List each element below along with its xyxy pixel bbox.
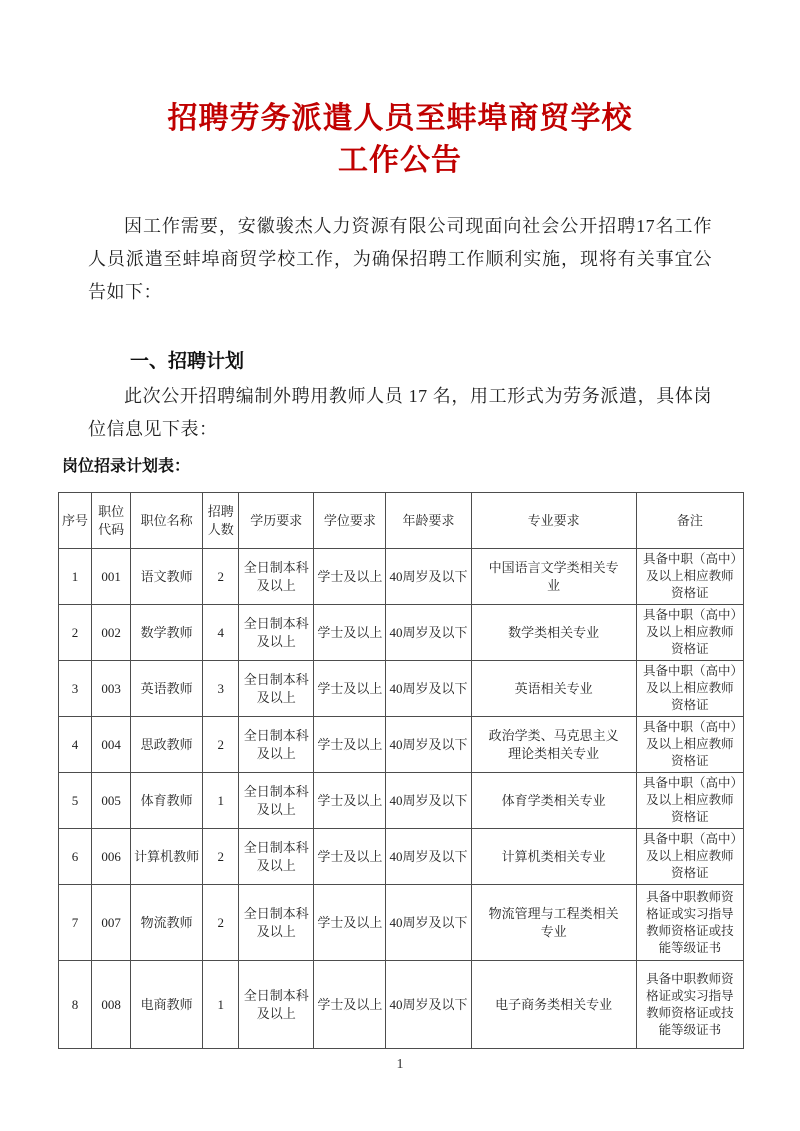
- table-cell: 5: [59, 773, 92, 829]
- table-cell: 全日制本科及以上: [239, 605, 314, 661]
- table-cell: 具备中职（高中）及以上相应教师资格证: [636, 773, 743, 829]
- table-cell: 具备中职教师资格证或实习指导教师资格证或技能等级证书: [636, 961, 743, 1049]
- table-row: 8 008 电商教师 1 全日制本科及以上 学士及以上 40周岁及以下 电子商务…: [59, 961, 744, 1049]
- table-cell: 学士及以上: [314, 773, 386, 829]
- column-header-notes: 备注: [636, 493, 743, 549]
- table-cell: 40周岁及以下: [386, 829, 471, 885]
- table-cell: 学士及以上: [314, 605, 386, 661]
- table-label: 岗位招录计划表：: [62, 456, 743, 478]
- table-cell: 4: [203, 605, 239, 661]
- table-header-row: 序号 职位代码 职位名称 招聘人数 学历要求 学位要求 年龄要求 专业要求 备注: [59, 493, 744, 549]
- section-heading: 一、招聘计划: [88, 345, 712, 378]
- table-row: 6 006 计算机教师 2 全日制本科及以上 学士及以上 40周岁及以下 计算机…: [59, 829, 744, 885]
- document-title: 招聘劳务派遣人员至蚌埠商贸学校工作公告: [88, 98, 712, 182]
- table-cell: 全日制本科及以上: [239, 717, 314, 773]
- table-cell: 008: [92, 961, 131, 1049]
- table-cell: 学士及以上: [314, 549, 386, 605]
- table-cell: 004: [92, 717, 131, 773]
- table-cell: 学士及以上: [314, 961, 386, 1049]
- table-cell: 英语教师: [131, 661, 203, 717]
- table-cell: 40周岁及以下: [386, 717, 471, 773]
- section-body-paragraph: 此次公开招聘编制外聘用教师人员 17 名，用工形式为劳务派遣，具体岗位信息见下表…: [88, 380, 712, 446]
- table-cell: 计算机类相关专业: [471, 829, 636, 885]
- table-cell: 40周岁及以下: [386, 961, 471, 1049]
- table-cell: 1: [59, 549, 92, 605]
- intro-paragraph: 因工作需要，安徽骏杰人力资源有限公司现面向社会公开招聘17名工作人员派遣至蚌埠商…: [88, 210, 712, 309]
- page-number: 1: [88, 1057, 712, 1073]
- column-header-job-code: 职位代码: [92, 493, 131, 549]
- table-cell: 体育教师: [131, 773, 203, 829]
- table-cell: 全日制本科及以上: [239, 885, 314, 961]
- table-cell: 40周岁及以下: [386, 773, 471, 829]
- table-cell: 1: [203, 961, 239, 1049]
- table-cell: 英语相关专业: [471, 661, 636, 717]
- column-header-degree: 学位要求: [314, 493, 386, 549]
- table-cell: 中国语言文学类相关专业: [471, 549, 636, 605]
- table-cell: 40周岁及以下: [386, 661, 471, 717]
- table-row: 7 007 物流教师 2 全日制本科及以上 学士及以上 40周岁及以下 物流管理…: [59, 885, 744, 961]
- table-cell: 计算机教师: [131, 829, 203, 885]
- table-cell: 3: [59, 661, 92, 717]
- table-cell: 具备中职（高中）及以上相应教师资格证: [636, 717, 743, 773]
- table-cell: 40周岁及以下: [386, 605, 471, 661]
- table-row: 3 003 英语教师 3 全日制本科及以上 学士及以上 40周岁及以下 英语相关…: [59, 661, 744, 717]
- table-row: 2 002 数学教师 4 全日制本科及以上 学士及以上 40周岁及以下 数学类相…: [59, 605, 744, 661]
- table-cell: 006: [92, 829, 131, 885]
- column-header-education: 学历要求: [239, 493, 314, 549]
- table-cell: 全日制本科及以上: [239, 961, 314, 1049]
- table-cell: 物流管理与工程类相关专业: [471, 885, 636, 961]
- table-cell: 40周岁及以下: [386, 549, 471, 605]
- table-cell: 学士及以上: [314, 829, 386, 885]
- table-cell: 全日制本科及以上: [239, 549, 314, 605]
- table-cell: 001: [92, 549, 131, 605]
- table-cell: 电商教师: [131, 961, 203, 1049]
- table-cell: 1: [203, 773, 239, 829]
- table-cell: 全日制本科及以上: [239, 829, 314, 885]
- title-line-2: 工作公告: [338, 144, 462, 177]
- table-cell: 3: [203, 661, 239, 717]
- table-cell: 005: [92, 773, 131, 829]
- table-cell: 具备中职（高中）及以上相应教师资格证: [636, 829, 743, 885]
- table-row: 5 005 体育教师 1 全日制本科及以上 学士及以上 40周岁及以下 体育学类…: [59, 773, 744, 829]
- table-cell: 全日制本科及以上: [239, 661, 314, 717]
- table-cell: 思政教师: [131, 717, 203, 773]
- table-cell: 学士及以上: [314, 885, 386, 961]
- table-cell: 政治学类、马克思主义理论类相关专业: [471, 717, 636, 773]
- table-cell: 003: [92, 661, 131, 717]
- table-cell: 具备中职（高中）及以上相应教师资格证: [636, 661, 743, 717]
- table-cell: 学士及以上: [314, 661, 386, 717]
- table-cell: 2: [203, 717, 239, 773]
- table-cell: 体育学类相关专业: [471, 773, 636, 829]
- table-row: 4 004 思政教师 2 全日制本科及以上 学士及以上 40周岁及以下 政治学类…: [59, 717, 744, 773]
- column-header-headcount: 招聘人数: [203, 493, 239, 549]
- table-area: 岗位招录计划表： 序号 职位代码 职位名称 招聘人数 学历要求 学位要求 年龄要…: [58, 456, 743, 1049]
- table-cell: 002: [92, 605, 131, 661]
- title-line-1: 招聘劳务派遣人员至蚌埠商贸学校: [168, 102, 633, 135]
- table-cell: 2: [203, 549, 239, 605]
- table-cell: 8: [59, 961, 92, 1049]
- table-cell: 全日制本科及以上: [239, 773, 314, 829]
- table-cell: 007: [92, 885, 131, 961]
- table-cell: 物流教师: [131, 885, 203, 961]
- table-cell: 学士及以上: [314, 717, 386, 773]
- table-cell: 数学类相关专业: [471, 605, 636, 661]
- table-cell: 40周岁及以下: [386, 885, 471, 961]
- table-cell: 数学教师: [131, 605, 203, 661]
- table-cell: 电子商务类相关专业: [471, 961, 636, 1049]
- table-cell: 2: [203, 829, 239, 885]
- column-header-major: 专业要求: [471, 493, 636, 549]
- column-header-job-title: 职位名称: [131, 493, 203, 549]
- document-page: 招聘劳务派遣人员至蚌埠商贸学校工作公告 因工作需要，安徽骏杰人力资源有限公司现面…: [0, 0, 800, 1131]
- table-cell: 具备中职（高中）及以上相应教师资格证: [636, 605, 743, 661]
- table-cell: 2: [203, 885, 239, 961]
- column-header-age: 年龄要求: [386, 493, 471, 549]
- table-cell: 6: [59, 829, 92, 885]
- table-cell: 7: [59, 885, 92, 961]
- table-cell: 4: [59, 717, 92, 773]
- table-cell: 2: [59, 605, 92, 661]
- table-cell: 具备中职（高中）及以上相应教师资格证: [636, 549, 743, 605]
- table-cell: 语文教师: [131, 549, 203, 605]
- column-header-index: 序号: [59, 493, 92, 549]
- table-row: 1 001 语文教师 2 全日制本科及以上 学士及以上 40周岁及以下 中国语言…: [59, 549, 744, 605]
- document-body: { "doc": { "title_line1": "招聘劳务派遣人员至蚌埠商贸…: [0, 0, 800, 1131]
- recruitment-plan-table: 序号 职位代码 职位名称 招聘人数 学历要求 学位要求 年龄要求 专业要求 备注…: [58, 492, 744, 1049]
- table-cell: 具备中职教师资格证或实习指导教师资格证或技能等级证书: [636, 885, 743, 961]
